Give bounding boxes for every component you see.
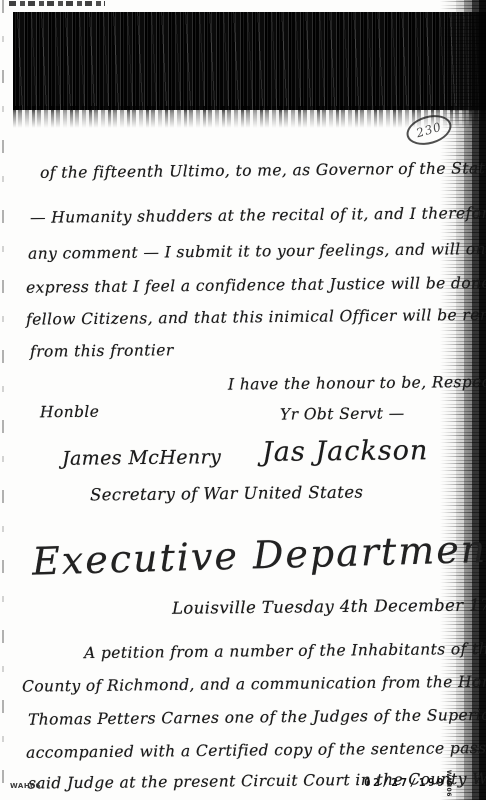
entry-line: A petition from a number of the Inhabita… bbox=[84, 640, 486, 662]
letter-line: of the fifteenth Ultimo, to me, as Gover… bbox=[40, 158, 486, 182]
entry-line: County of Richmond, and a communication … bbox=[22, 672, 486, 695]
film-edge-ticks bbox=[9, 1, 105, 6]
film-edge-left-line bbox=[2, 0, 4, 800]
entry-line: accompanied with a Certified copy of the… bbox=[26, 738, 486, 762]
signature-jas-jackson: Jas Jackson bbox=[262, 435, 429, 468]
addressee-name: James McHenry bbox=[62, 446, 221, 470]
entry-heading: Executive Department bbox=[31, 526, 486, 583]
scanned-letter-page: 230 of the fifteenth Ultimo, to me, as G… bbox=[0, 0, 486, 800]
film-label-right-vertical: WAH06 bbox=[445, 770, 452, 797]
film-label-left: WAH06 bbox=[10, 782, 41, 790]
entry-line: Thomas Petters Carnes one of the Judges … bbox=[28, 705, 486, 729]
scan-black-band-speckle bbox=[13, 12, 486, 110]
letter-line: from this frontier bbox=[30, 341, 174, 361]
addressee-title: Secretary of War United States bbox=[90, 483, 363, 505]
scan-date-stamp: 02/27/1996 bbox=[364, 776, 455, 789]
entry-dateline: Louisville Tuesday 4th December 1798 bbox=[172, 595, 486, 618]
letter-line: express that I feel a confidence that Ju… bbox=[26, 273, 486, 296]
closing-honour-line: I have the honour to be, Respectfully bbox=[228, 372, 486, 393]
letter-line: any comment — I submit it to your feelin… bbox=[28, 239, 486, 263]
closing-servant-line: Yr Obt Servt — bbox=[280, 404, 405, 423]
closing-salutation: Honble bbox=[40, 403, 99, 422]
letter-line: — Humanity shudders at the recital of it… bbox=[30, 203, 486, 227]
letter-line: fellow Citizens, and that this inimical … bbox=[26, 305, 486, 328]
